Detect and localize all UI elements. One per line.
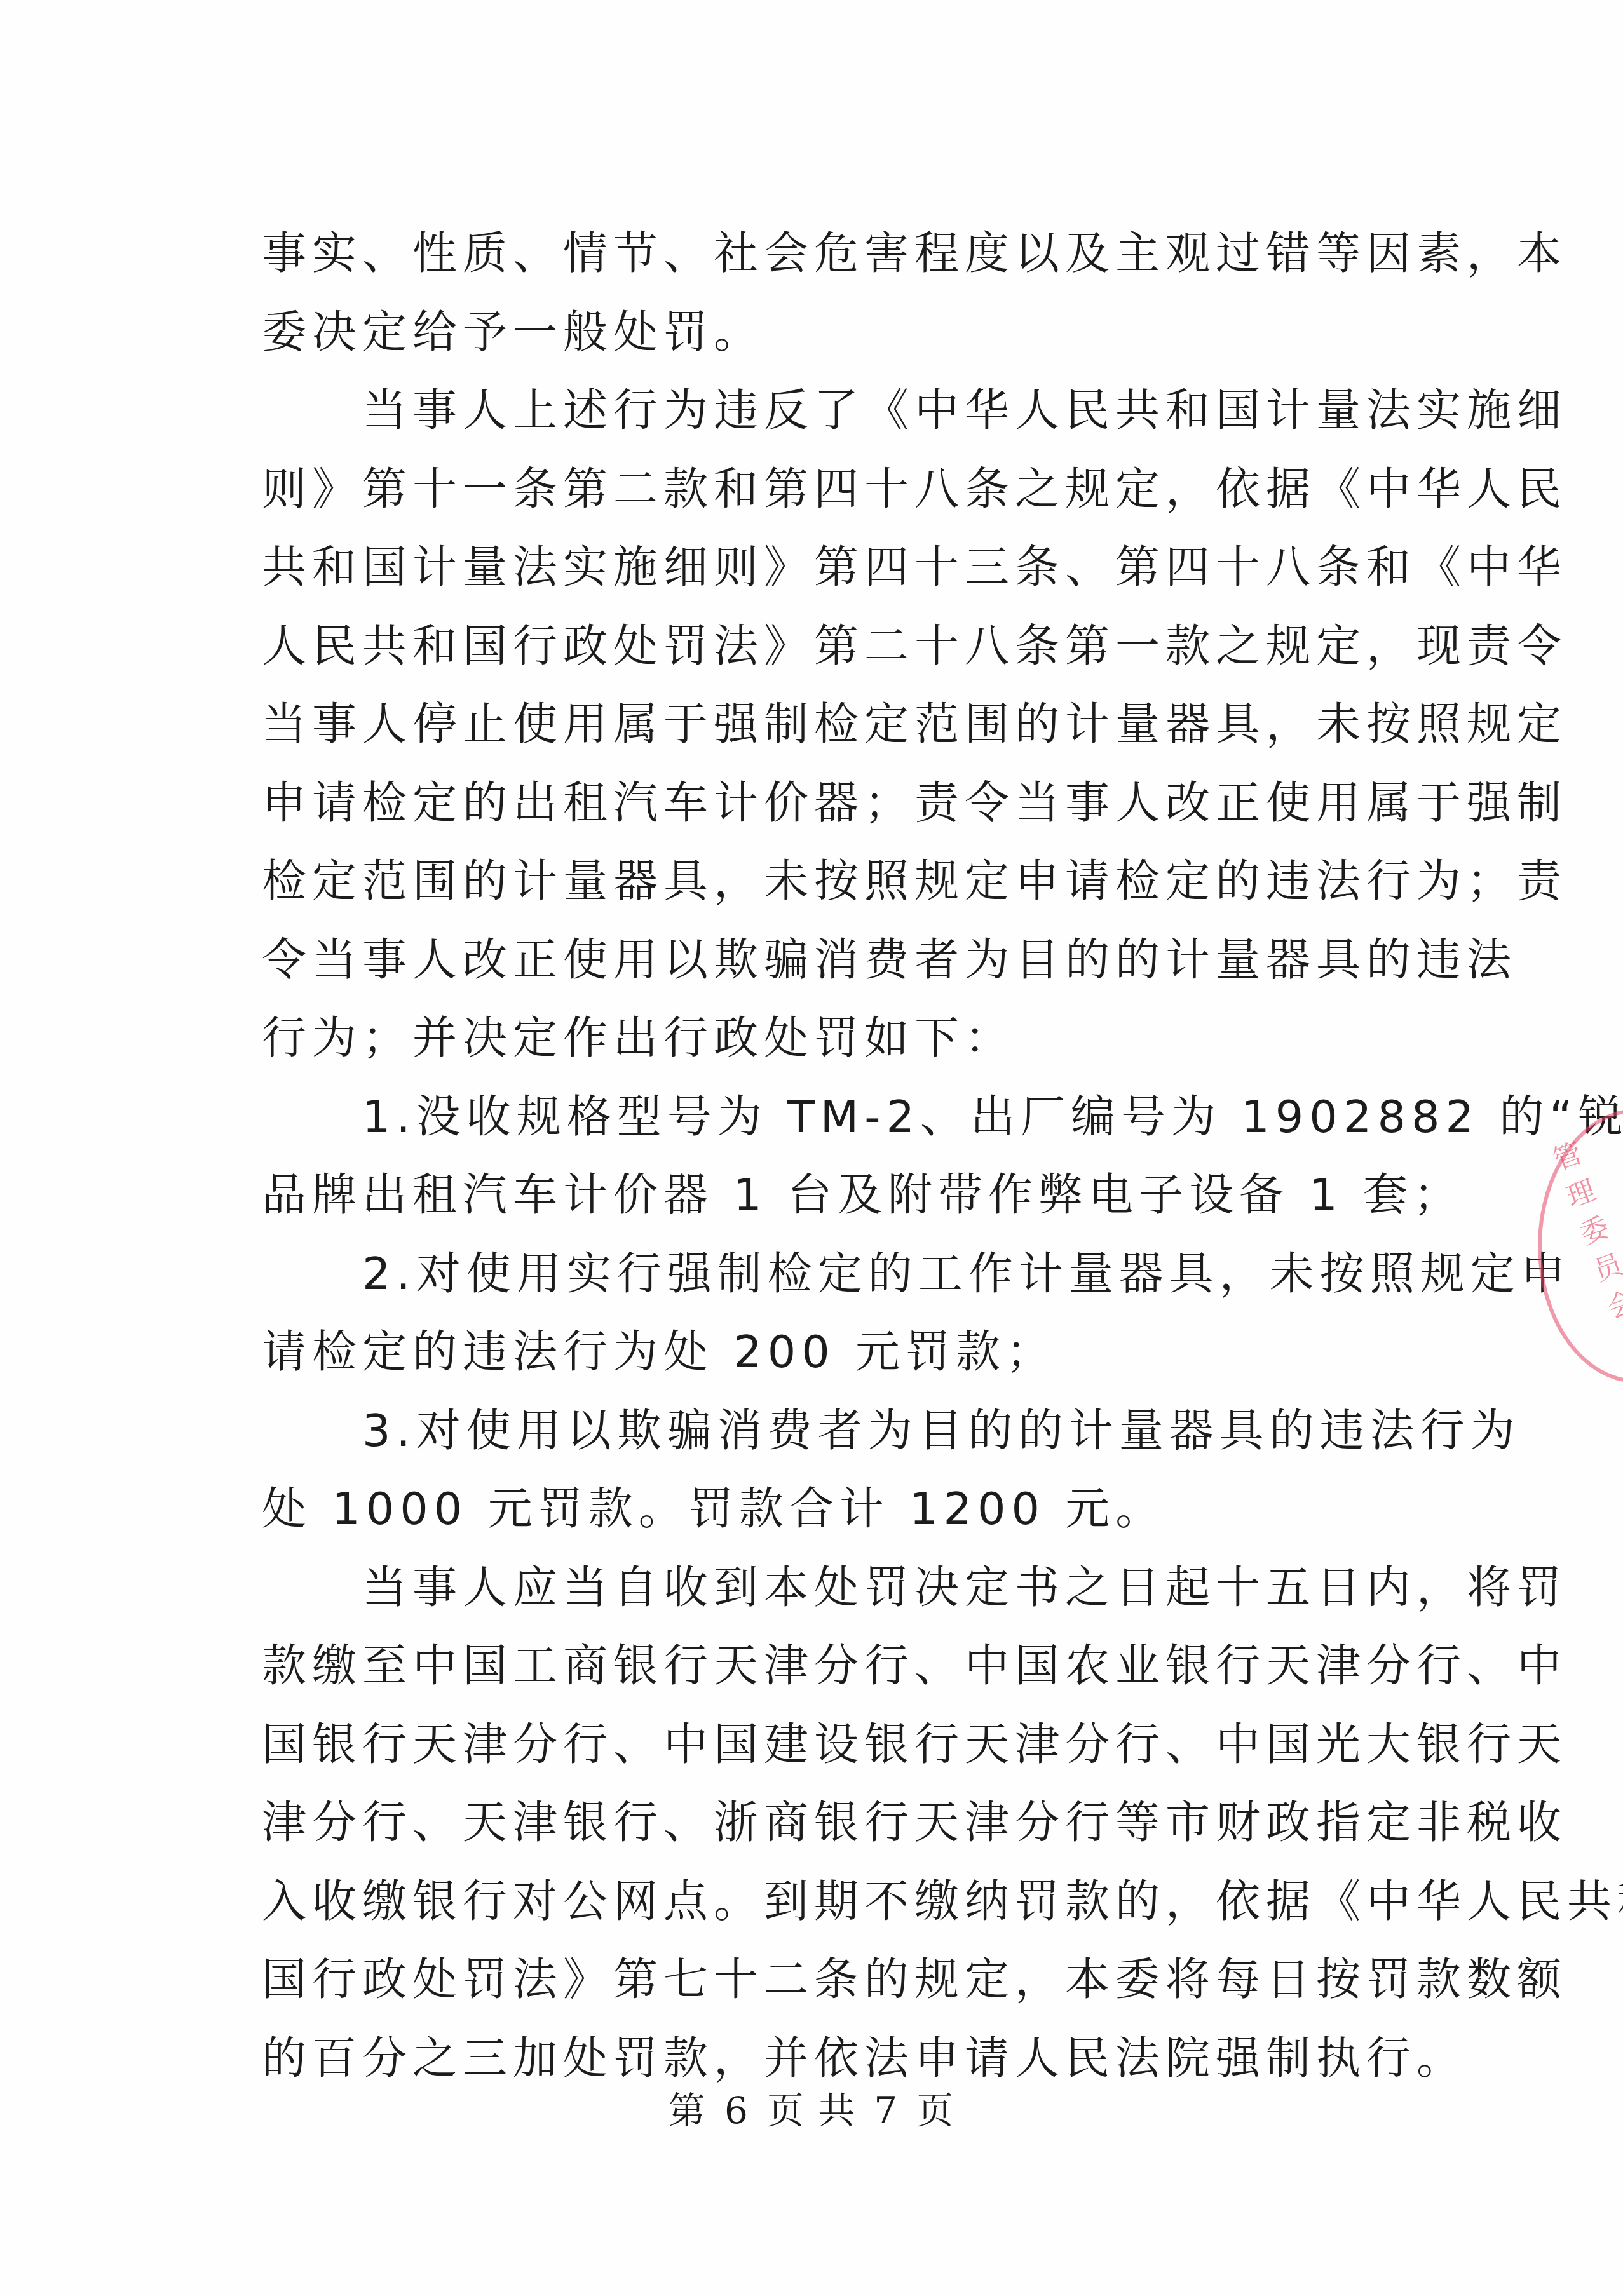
text-line: 令当事人改正使用以欺骗消费者为目的的计量器具的违法 [262, 921, 1380, 1000]
text-line: 入收缴银行对公网点。到期不缴纳罚款的，依据《中华人民共和 [262, 1863, 1380, 1941]
text-line: 检定范围的计量器具，未按照规定申请检定的违法行为；责 [262, 842, 1380, 921]
page-number-footer: 第6页 共7页 [0, 2081, 1623, 2134]
text-line: 国银行天津分行、中国建设银行天津分行、中国光大银行天 [262, 1706, 1380, 1785]
text-line: 委决定给予一般处罚。 [262, 294, 1380, 372]
text-line: 国行政处罚法》第七十二条的规定，本委将每日按罚款数额 [262, 1941, 1380, 2020]
paragraph-start-line: 当事人上述行为违反了《中华人民共和国计量法实施细 [262, 372, 1380, 450]
text-line: 津分行、天津银行、浙商银行天津分行等市财政指定非税收 [262, 1784, 1380, 1863]
text-line: 请检定的违法行为处 200 元罚款； [262, 1313, 1380, 1392]
penalty-item-2: 2.对使用实行强制检定的工作计量器具，未按照规定申 [262, 1235, 1380, 1314]
text-line: 共和国计量法实施细则》第四十三条、第四十八条和《中华 [262, 529, 1380, 607]
text-line: 人民共和国行政处罚法》第二十八条第一款之规定，现责令 [262, 607, 1380, 686]
document-body: 事实、性质、情节、社会危害程度以及主观过错等因素，本 委决定给予一般处罚。 当事… [262, 215, 1380, 2098]
text-line: 处 1000 元罚款。罚款合计 1200 元。 [262, 1470, 1380, 1549]
text-line: 事实、性质、情节、社会危害程度以及主观过错等因素，本 [262, 215, 1380, 294]
text-line: 则》第十一条第二款和第四十八条之规定，依据《中华人民 [262, 450, 1380, 529]
text-line: 行为；并决定作出行政处罚如下： [262, 999, 1380, 1078]
footer-middle: 页 共 [767, 2089, 856, 2132]
current-page-number: 6 [724, 2089, 749, 2132]
document-page: 事实、性质、情节、社会危害程度以及主观过错等因素，本 委决定给予一般处罚。 当事… [0, 0, 1623, 2296]
footer-prefix: 第 [669, 2089, 707, 2132]
penalty-item-1: 1.没收规格型号为 TM-2、出厂编号为 1902882 的“锐明” [262, 1078, 1380, 1157]
text-line: 款缴至中国工商银行天津分行、中国农业银行天津分行、中 [262, 1627, 1380, 1706]
text-line: 申请检定的出租汽车计价器；责令当事人改正使用属于强制 [262, 764, 1380, 843]
penalty-item-3: 3.对使用以欺骗消费者为目的的计量器具的违法行为 [262, 1392, 1380, 1471]
text-line: 当事人停止使用属于强制检定范围的计量器具，未按照规定 [262, 685, 1380, 764]
total-page-count: 7 [874, 2089, 899, 2132]
text-line: 品牌出租汽车计价器 1 台及附带作弊电子设备 1 套； [262, 1156, 1380, 1235]
paragraph-start-line: 当事人应当自收到本处罚决定书之日起十五日内，将罚 [262, 1549, 1380, 1628]
footer-suffix: 页 [916, 2089, 954, 2132]
